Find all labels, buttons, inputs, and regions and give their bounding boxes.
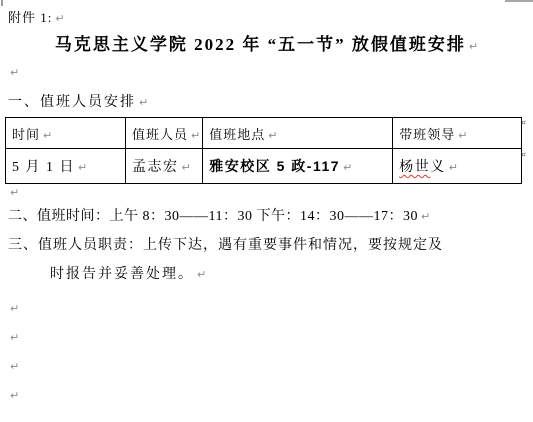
paragraph-mark-icon: ↵ — [421, 210, 430, 223]
paragraph-mark-icon: ↵ — [10, 331, 19, 344]
section-three-line-2: 时报告并妥善处理。↵ — [50, 263, 206, 283]
cell-end-mark-icon: ↵ — [449, 161, 458, 174]
document-page: 附件 1:↵ 马克思主义学院 2022 年 “五一节” 放假值班安排↵ ↵ 一、… — [0, 0, 533, 422]
cell-leader: 杨世义↵ — [393, 149, 522, 184]
paragraph-mark-icon: ↵ — [10, 302, 19, 315]
header-location-label: 值班地点 — [209, 127, 265, 142]
header-time-label: 时间 — [12, 127, 40, 142]
paragraph-mark-icon: ↵ — [10, 360, 19, 373]
duty-location: 雅安校区 5 政-117 — [209, 158, 340, 174]
cell-end-mark-icon: ↵ — [182, 161, 191, 174]
table-row: 5 月 1 日↵ 孟志宏↵ 雅安校区 5 政-117↵ 杨世义↵ — [6, 149, 522, 184]
duty-responsibility-text-2: 时报告并妥善处理。 — [50, 267, 194, 282]
table-header-location: 值班地点↵ — [203, 118, 393, 149]
duty-person: 孟志宏 — [132, 160, 179, 175]
duty-time-text: 二、值班时间：上午 8：30——11：30 下午：14：30——17：30 — [8, 209, 418, 224]
paragraph-mark-icon: ↵ — [10, 186, 19, 199]
cell-end-mark-icon: ↵ — [43, 129, 52, 142]
cell-date: 5 月 1 日↵ — [6, 149, 126, 184]
section-three-line-1: 三、值班人员职责：上传下达，遇有重要事件和情况，要按规定及 — [8, 234, 443, 254]
cell-end-mark-icon: ↵ — [458, 129, 467, 142]
text-boundary-mark-left — [1, 0, 3, 6]
cell-location: 雅安校区 5 政-117↵ — [203, 149, 393, 184]
cell-end-mark-icon: ↵ — [78, 161, 87, 174]
attachment-line: 附件 1:↵ — [8, 7, 65, 26]
cell-end-mark-icon: ↵ — [268, 129, 277, 142]
paragraph-mark-icon: ↵ — [10, 389, 19, 402]
paragraph-mark-icon: ↵ — [139, 96, 148, 109]
duty-leader-misspelled-part: 杨世 — [399, 160, 430, 175]
cell-end-mark-icon: ↵ — [191, 129, 200, 142]
cell-end-mark-icon: ↵ — [343, 161, 352, 174]
header-leader-label: 带班领导 — [399, 127, 455, 142]
duty-schedule-table: 时间↵ 值班人员↵ 值班地点↵ 带班领导↵ 5 月 1 日↵ 孟志宏↵ 雅安校区… — [5, 117, 522, 184]
paragraph-mark-icon: ↵ — [10, 66, 19, 79]
row-end-mark-icon: ¤ — [521, 118, 526, 127]
paragraph-mark-icon: ↵ — [55, 12, 64, 25]
duty-leader-rest: 义 — [430, 160, 446, 175]
section-one-heading: 一、值班人员安排 — [8, 95, 136, 110]
section-two-line: 二、值班时间：上午 8：30——11：30 下午：14：30——17：30↵ — [8, 205, 430, 225]
table-header-time: 时间↵ — [6, 118, 126, 149]
cell-person: 孟志宏↵ — [126, 149, 203, 184]
document-title-line: 马克思主义学院 2022 年 “五一节” 放假值班安排↵ — [0, 30, 533, 55]
section-one-heading-line: 一、值班人员安排↵ — [8, 91, 148, 111]
row-end-mark-icon: ¤ — [521, 150, 526, 159]
table-header-leader: 带班领导↵ — [393, 118, 522, 149]
attachment-label: 附件 1: — [8, 10, 52, 25]
header-person-label: 值班人员 — [132, 127, 188, 142]
duty-date: 5 月 1 日 — [12, 160, 75, 175]
page-title: 马克思主义学院 2022 年 “五一节” 放假值班安排 — [55, 35, 466, 54]
paragraph-mark-icon: ↵ — [469, 40, 478, 53]
table-header-row: 时间↵ 值班人员↵ 值班地点↵ 带班领导↵ — [6, 118, 522, 149]
paragraph-mark-icon: ↵ — [197, 268, 206, 281]
duty-responsibility-text-1: 三、值班人员职责：上传下达，遇有重要事件和情况，要按规定及 — [8, 238, 443, 253]
text-boundary-mark-right — [505, 0, 533, 2]
table-header-person: 值班人员↵ — [126, 118, 203, 149]
